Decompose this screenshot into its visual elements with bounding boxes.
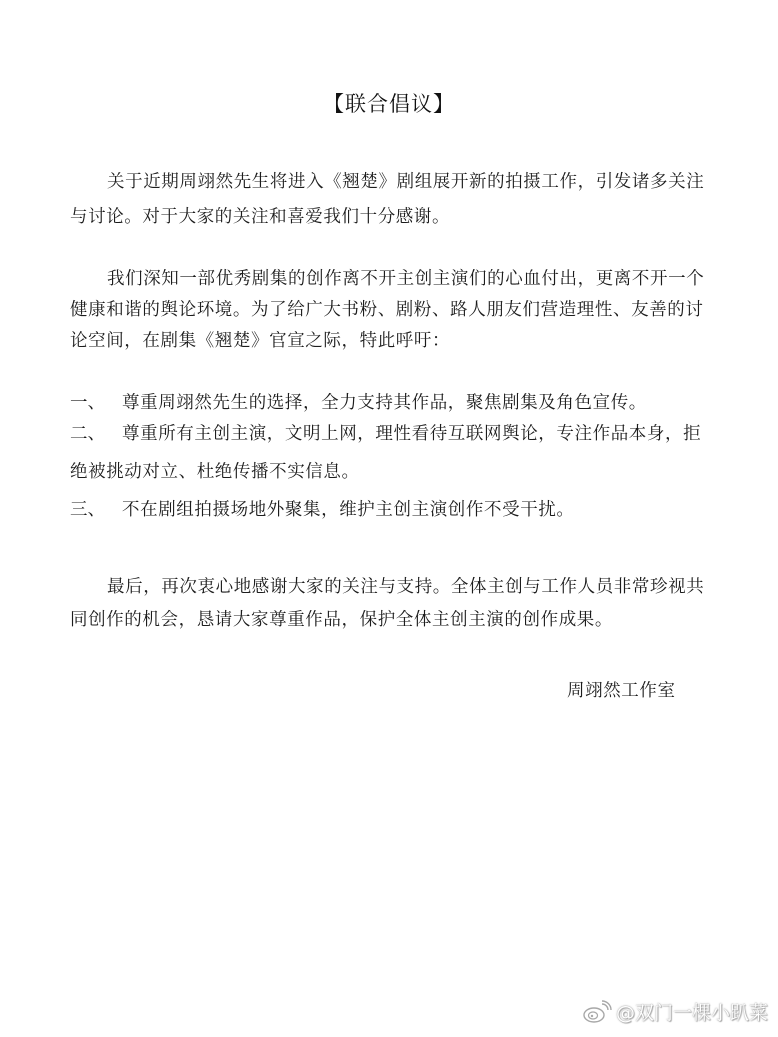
list-item-1-text: 尊重周翊然先生的选择，全力支持其作品，聚焦剧集及角色宣传。 [122, 389, 647, 414]
paragraph-3-line-1: 最后，再次衷心地感谢大家的关注与支持。全体主创与工作人员非常珍视共 [107, 573, 704, 598]
paragraph-1-line-1: 关于近期周翊然先生将进入《翘楚》剧组展开新的拍摄工作，引发诸多关注 [107, 168, 704, 193]
list-item-2-text-line-1: 尊重所有主创主演，文明上网，理性看待互联网舆论，专注作品本身，拒 [122, 420, 701, 445]
signature: 周翊然工作室 [567, 677, 676, 702]
paragraph-2-line-3: 论空间，在剧集《翘楚》官宣之际，特此呼吁： [70, 327, 450, 352]
paragraph-2-line-2: 健康和谐的舆论环境。为了给广大书粉、剧粉、路人朋友们营造理性、友善的讨 [70, 296, 704, 321]
list-item-3-text: 不在剧组拍摄场地外聚集，维护主创主演创作不受干扰。 [122, 496, 575, 521]
paragraph-3-line-2: 同创作的机会，恳请大家尊重作品，保护全体主创主演的创作成果。 [70, 606, 613, 631]
weibo-icon [582, 1000, 612, 1024]
paragraph-2-line-1: 我们深知一部优秀剧集的创作离不开主创主演们的心血付出，更离不开一个 [107, 265, 704, 290]
list-item-2-number: 二、 [70, 420, 105, 445]
document-title: 【联合倡议】 [0, 88, 778, 118]
document-page: 【联合倡议】 关于近期周翊然先生将进入《翘楚》剧组展开新的拍摄工作，引发诸多关注… [0, 0, 778, 1037]
watermark-handle: @双门一棵小趴菜 [616, 998, 768, 1025]
weibo-watermark: @双门一棵小趴菜 [582, 998, 768, 1025]
paragraph-1-line-2: 与讨论。对于大家的关注和喜爱我们十分感谢。 [70, 203, 450, 228]
list-item-1-number: 一、 [70, 389, 105, 414]
list-item-2-text-line-2: 绝被挑动对立、杜绝传播不实信息。 [70, 458, 360, 483]
list-item-3-number: 三、 [70, 496, 105, 521]
